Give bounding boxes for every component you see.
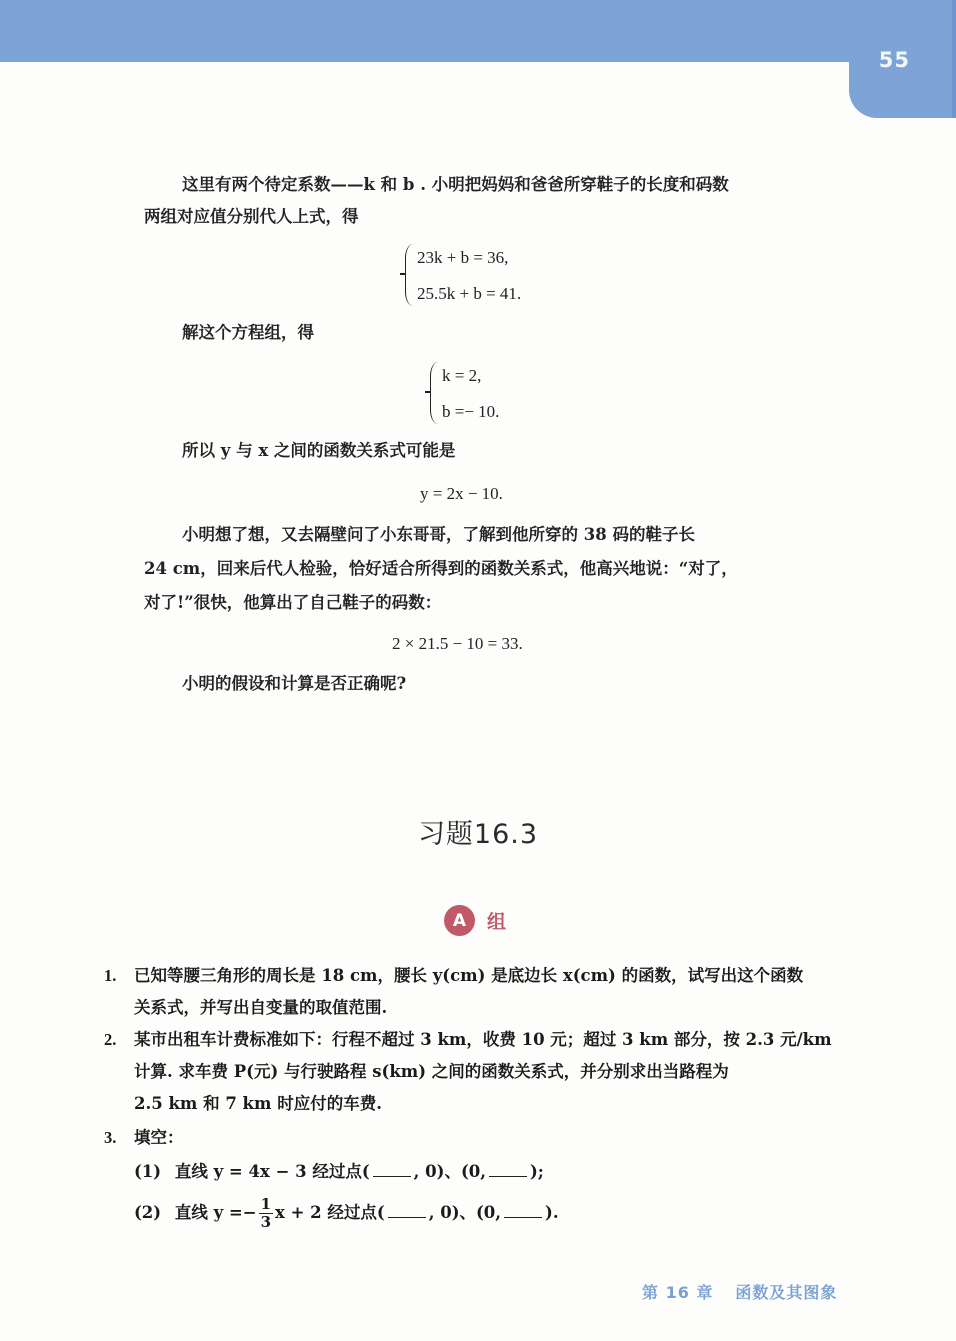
group-badge: A — [444, 905, 475, 936]
sub-suffix: ). — [545, 1203, 559, 1222]
paragraph-1-line-1: 这里有两个待定系数——k 和 b . 小明把妈妈和爸爸所穿鞋子的长度和码数 — [182, 168, 729, 202]
brace-icon — [430, 362, 438, 424]
exercise-1: 1. 已知等腰三角形的周长是 18 cm，腰长 y(cm) 是底边长 x(cm)… — [104, 960, 844, 1024]
exercise-2-line-3: 2.5 km 和 7 km 时应付的车费. — [134, 1088, 844, 1120]
exercise-number: 3. — [104, 1122, 116, 1154]
paragraph-2: 解这个方程组，得 — [182, 316, 314, 350]
equation-linear: y = 2x − 10. — [420, 484, 503, 504]
exercise-2: 2. 某市出租车计费标准如下：行程不超过 3 km，收费 10 元；超过 3 k… — [104, 1024, 844, 1120]
paragraph-4-line-3: 对了!”很快，他算出了自己鞋子的码数： — [144, 586, 441, 620]
exercise-3-line-1: 填空： — [134, 1122, 844, 1154]
sub-label: (1) — [134, 1162, 161, 1181]
chapter-title: 函数及其图象 — [735, 1283, 837, 1302]
paragraph-5: 小明的假设和计算是否正确呢? — [182, 667, 406, 701]
exercise-number: 2. — [104, 1024, 116, 1056]
sub-prefix: 直线 y =− — [175, 1203, 257, 1222]
group-a-label: A 组 — [444, 905, 506, 936]
equation-shoe-size: 2 × 21.5 − 10 = 33. — [392, 634, 523, 654]
page-number: 55 — [879, 48, 910, 72]
sub-prefix-b: x + 2 经过点( — [275, 1203, 385, 1222]
header-band — [0, 0, 956, 62]
exercise-3-sub-1: (1) 直线 y = 4x − 3 经过点(, 0)、(0,); — [134, 1158, 544, 1182]
paragraph-1-line-2: 两组对应值分别代人上式，得 — [144, 200, 359, 234]
fraction: 13 — [259, 1196, 273, 1231]
fraction-denominator: 3 — [261, 1214, 271, 1231]
chapter-footer: 第 16 章函数及其图象 — [642, 1280, 837, 1303]
answer-blank[interactable] — [489, 1163, 527, 1177]
paragraph-3: 所以 y 与 x 之间的函数关系式可能是 — [182, 434, 455, 468]
exercise-3-sub-2: (2) 直线 y =−13x + 2 经过点(, 0)、(0,). — [134, 1196, 559, 1231]
sub-mid: , 0)、(0, — [429, 1203, 501, 1222]
answer-blank[interactable] — [504, 1204, 542, 1218]
sub-suffix: ); — [530, 1162, 544, 1181]
answer-blank[interactable] — [373, 1163, 411, 1177]
fraction-numerator: 1 — [259, 1196, 273, 1214]
system-1-line-2: 25.5k + b = 41. — [417, 276, 521, 312]
system-2-line-1: k = 2, — [442, 358, 499, 394]
equation-system-2: k = 2, b =− 10. — [430, 358, 499, 430]
sub-mid: , 0)、(0, — [414, 1162, 486, 1181]
paragraph-4-line-2: 24 cm，回来后代人检验，恰好适合所得到的函数关系式，他高兴地说：“对了， — [144, 552, 738, 586]
page-edge — [952, 0, 956, 118]
system-1-line-1: 23k + b = 36, — [417, 240, 521, 276]
answer-blank[interactable] — [388, 1204, 426, 1218]
exercise-number: 1. — [104, 960, 116, 992]
brace-icon — [405, 244, 413, 306]
group-text: 组 — [487, 907, 506, 934]
exercise-1-line-2: 关系式，并写出自变量的取值范围. — [134, 992, 844, 1024]
sub-label: (2) — [134, 1203, 161, 1222]
exercise-3: 3. 填空： — [104, 1122, 844, 1154]
exercise-section-title: 习题16.3 — [0, 812, 956, 851]
exercise-2-line-2: 计算. 求车费 P(元) 与行驶路程 s(km) 之间的函数关系式，并分别求出当… — [134, 1056, 844, 1088]
chapter-number: 第 16 章 — [642, 1283, 713, 1302]
paragraph-4-line-1: 小明想了想，又去隔壁问了小东哥哥，了解到他所穿的 38 码的鞋子长 — [182, 518, 695, 552]
exercise-2-line-1: 某市出租车计费标准如下：行程不超过 3 km，收费 10 元；超过 3 km 部… — [134, 1024, 844, 1056]
equation-system-1: 23k + b = 36, 25.5k + b = 41. — [405, 240, 521, 312]
system-2-line-2: b =− 10. — [442, 394, 499, 430]
exercise-1-line-1: 已知等腰三角形的周长是 18 cm，腰长 y(cm) 是底边长 x(cm) 的函… — [134, 960, 844, 992]
sub-prefix: 直线 y = 4x − 3 经过点( — [175, 1162, 370, 1181]
